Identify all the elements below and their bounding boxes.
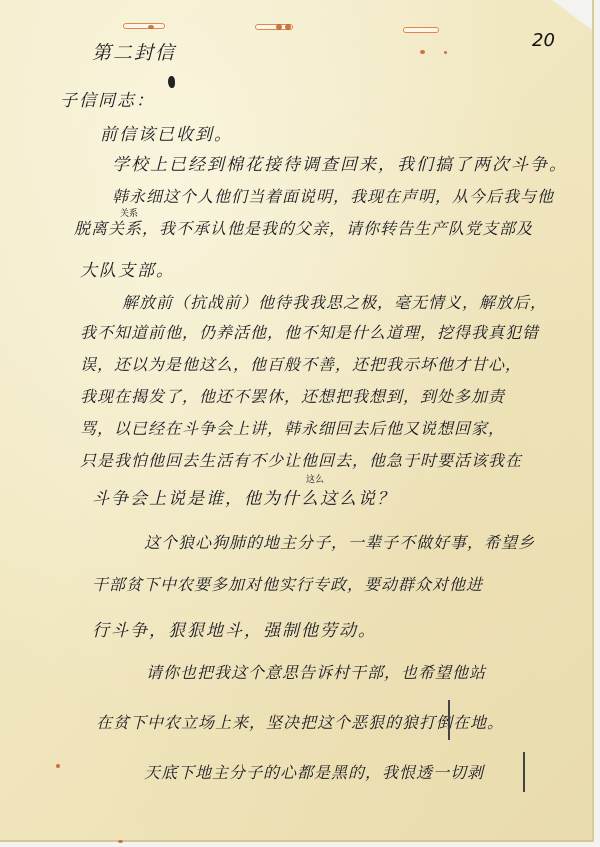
rust-stain bbox=[285, 24, 291, 30]
rust-stain bbox=[444, 51, 447, 54]
text-line: 干部贫下中农要多加对他实行专政，要动群众对他进 bbox=[92, 572, 483, 595]
text-line: 误，还以为是他这么，他百般不善，还把我示坏他才甘心， bbox=[80, 352, 522, 375]
rust-stain bbox=[420, 50, 425, 54]
text-line: 脱离关系，我不承认他是我的父亲，请你转告生产队党支部及 bbox=[74, 216, 533, 239]
staple-hole bbox=[124, 24, 164, 28]
letter-page: 20 第二封信 子信同志： 前信该已收到。 学校上已经到棉花接待调查回来，我们搞… bbox=[0, 0, 594, 842]
text-line: 在贫下中农立场上来，坚决把这个恶狠的狼打倒在地。 bbox=[96, 710, 504, 733]
staple-hole bbox=[404, 28, 438, 32]
text-line: 骂，以已经在斗争会上讲，韩永细回去后他又说想回家， bbox=[80, 416, 505, 439]
text-line: 大队支部。 bbox=[80, 256, 175, 281]
text-line: 前信该已收到。 bbox=[100, 120, 233, 145]
text-line: 天底下地主分子的心都是黑的，我恨透一切剥 bbox=[144, 760, 484, 783]
text-line: 请你也把我这个意思告诉村干部，也希望他站 bbox=[146, 660, 486, 683]
page-number: 20 bbox=[532, 30, 555, 51]
text-line: 这个狼心狗肺的地主分子，一辈子不做好事，希望乡 bbox=[144, 530, 535, 553]
text-line: 我现在揭发了，他还不罢休，还想把我想到，到处多加责 bbox=[80, 384, 505, 407]
margin-line bbox=[523, 752, 525, 792]
text-line: 行斗争，狠狠地斗，强制他劳动。 bbox=[92, 616, 377, 641]
rust-stain bbox=[118, 840, 123, 843]
text-line: 只是我怕他回去生活有不少让他回去，他急于时要活该我在 bbox=[80, 448, 522, 471]
text-line: 韩永细这个人他们当着面说明，我现在声明，从今后我与他 bbox=[112, 184, 554, 207]
text-line: 我不知道前他，仍养活他，他不知是什么道理，挖得我真犯错 bbox=[80, 320, 539, 343]
text-line: 解放前（抗战前）他待我我思之极，毫无情义，解放后， bbox=[122, 290, 547, 313]
rust-stain bbox=[148, 25, 154, 29]
rust-stain bbox=[276, 24, 282, 30]
folded-corner bbox=[552, 0, 592, 30]
text-line: 斗争会上说是谁，他为什么这么说？ bbox=[92, 484, 396, 509]
margin-line bbox=[448, 700, 450, 740]
salutation: 子信同志： bbox=[60, 86, 155, 111]
letter-heading: 第二封信 bbox=[92, 38, 176, 65]
rust-stain bbox=[56, 764, 60, 768]
ink-blot bbox=[168, 76, 175, 88]
text-line: 学校上已经到棉花接待调查回来，我们搞了两次斗争。 bbox=[112, 150, 568, 175]
